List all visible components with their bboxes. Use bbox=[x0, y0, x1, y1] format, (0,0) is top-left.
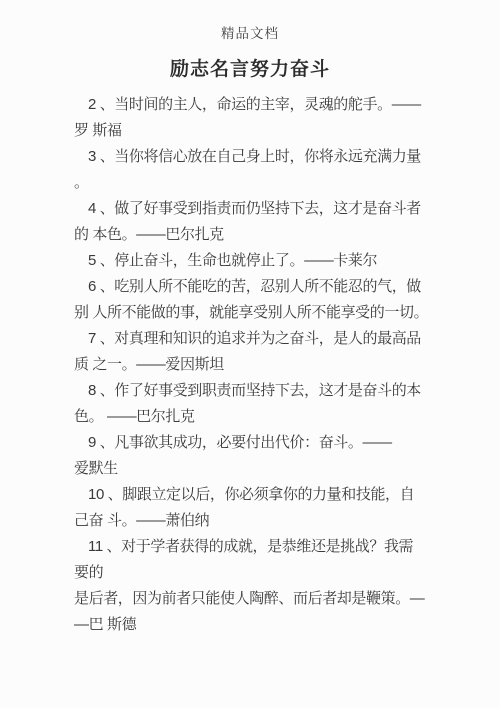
text-line: 7 、对真理和知识的追求并为之奋斗，是人的最高品 bbox=[74, 326, 460, 352]
text-line: 是后者，因为前者只能使人陶醉、而后者却是鞭策。— bbox=[74, 586, 460, 612]
text-line: 色。 ——巴尔扎克 bbox=[74, 404, 460, 430]
text-line: 10 、脚跟立定以后，你必须拿你的力量和技能，自 bbox=[74, 482, 460, 508]
text-line: 爱默生 bbox=[74, 456, 460, 482]
text-line: 11 、对于学者获得的成就，是恭维还是挑战？我需 bbox=[74, 534, 460, 560]
quote-lines: 2 、当时间的主人，命运的主宰，灵魂的舵手。——罗 斯福3 、当你将信心放在自己… bbox=[0, 92, 500, 638]
header-label: 精品文档 bbox=[0, 24, 500, 44]
text-line: 4 、做了好事受到指责而仍坚持下去，这才是奋斗者 bbox=[74, 196, 460, 222]
page-title: 励志名言努力奋斗 bbox=[0, 58, 500, 82]
text-line: —巴 斯德 bbox=[74, 612, 460, 638]
text-line: 2 、当时间的主人，命运的主宰，灵魂的舵手。—— bbox=[74, 92, 460, 118]
text-line: 8 、作了好事受到职责而坚持下去，这才是奋斗的本 bbox=[74, 378, 460, 404]
text-line: 要的 bbox=[74, 560, 460, 586]
text-line: 6 、吃别人所不能吃的苦，忍别人所不能忍的气，做 bbox=[74, 274, 460, 300]
text-line: 3 、当你将信心放在自己身上时，你将永远充满力量 bbox=[74, 144, 460, 170]
document-page: 精品文档 励志名言努力奋斗 2 、当时间的主人，命运的主宰，灵魂的舵手。——罗 … bbox=[0, 0, 500, 708]
text-line: 的 本色。——巴尔扎克 bbox=[74, 222, 460, 248]
text-line: 。 bbox=[74, 170, 460, 196]
text-line: 别 人所不能做的事，就能享受别人所不能享受的一切。 bbox=[74, 300, 460, 326]
text-line: 5 、停止奋斗，生命也就停止了。——卡莱尔 bbox=[74, 248, 460, 274]
text-line: 罗 斯福 bbox=[74, 118, 460, 144]
text-line: 质 之一。——爱因斯坦 bbox=[74, 352, 460, 378]
text-line: 己奋 斗。——萧伯纳 bbox=[74, 508, 460, 534]
text-line: 9 、凡事欲其成功，必要付出代价：奋斗。—— bbox=[74, 430, 460, 456]
